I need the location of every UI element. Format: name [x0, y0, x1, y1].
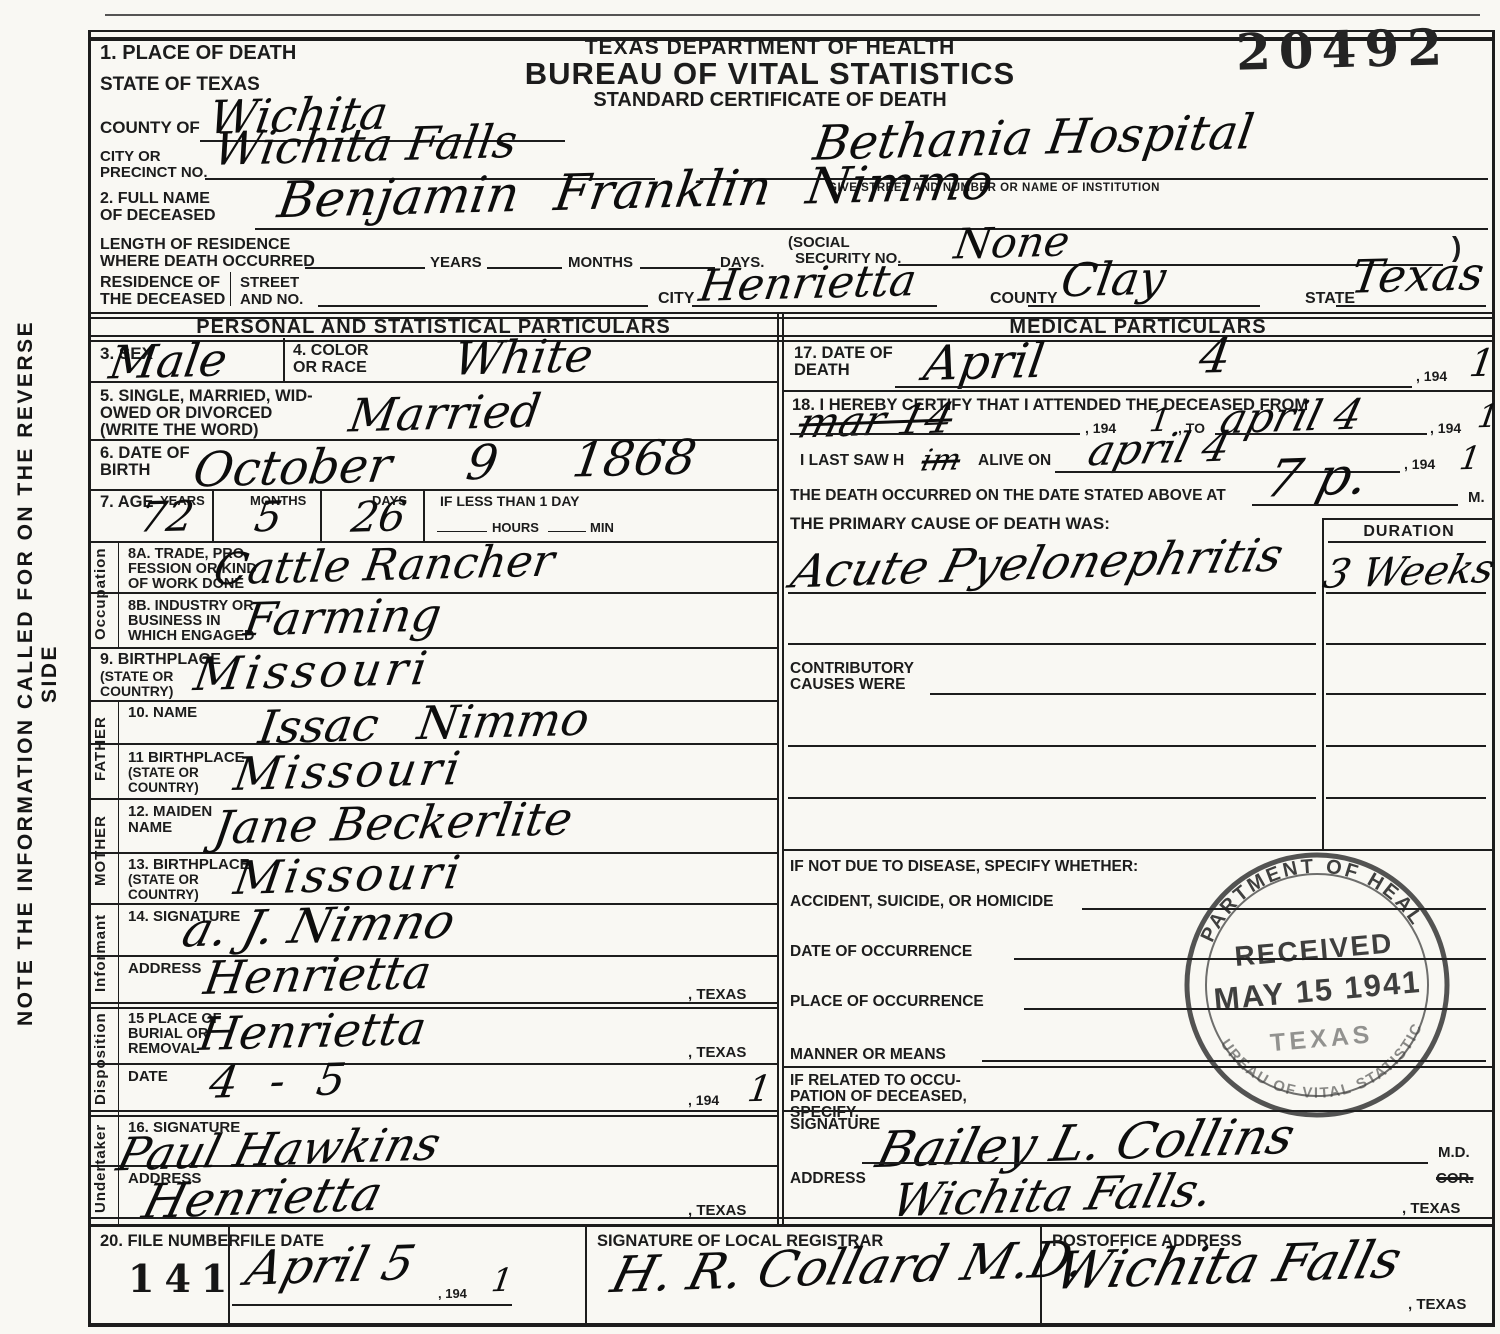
certificate-number: 20492	[1235, 17, 1450, 82]
divider	[305, 267, 425, 269]
divider	[88, 312, 1495, 314]
informant-address-value: Henrietta	[201, 949, 434, 1001]
death-time-value: 7 p.	[1261, 450, 1374, 505]
accident-suicide-label: ACCIDENT, SUICIDE, OR HOMICIDE	[790, 893, 1054, 911]
burial-label: REMOVAL	[128, 1041, 199, 1058]
texas-suffix: , TEXAS	[688, 1044, 746, 1062]
mother-side-label: MOTHER	[92, 798, 116, 903]
last-saw-him-strike: im	[918, 445, 964, 476]
divider	[437, 531, 487, 532]
divider	[782, 390, 1492, 392]
year-digit: 1	[1458, 442, 1483, 475]
burial-date-value: 4 - 5	[206, 1058, 348, 1106]
divider	[1492, 30, 1495, 1327]
county-value: Clay	[1058, 255, 1169, 304]
burial-date-label: DATE	[128, 1068, 168, 1086]
divider	[255, 228, 1488, 230]
file-number-label: 20. FILE NUMBER	[100, 1232, 240, 1251]
dob-label: BIRTH	[100, 461, 150, 480]
divider	[1322, 518, 1492, 520]
received-stamp: DEPARTMENT OF HEALTH BUREAU OF VITAL STA…	[1160, 828, 1474, 1142]
contributory-label: CAUSES WERE	[790, 676, 905, 694]
year-prefix: , 194	[1416, 368, 1447, 385]
maiden-name-value: Jane Beckerlite	[211, 795, 576, 850]
alive-on-label: ALIVE ON	[978, 452, 1051, 470]
divider	[318, 305, 648, 307]
divider	[862, 1162, 1428, 1164]
divider	[88, 1224, 1495, 1227]
primary-cause-value: Acute Pyelonephritis	[787, 532, 1288, 595]
place-of-death-label: 1. PLACE OF DEATH	[100, 42, 296, 66]
father-side-label: FATHER	[92, 700, 116, 798]
death-occurred-label: THE DEATH OCCURRED ON THE DATE STATED AB…	[790, 487, 1226, 505]
cor-strike-label: COR.	[1436, 1170, 1474, 1188]
divider	[585, 1224, 587, 1323]
informant-side-label: Informant	[92, 903, 116, 1003]
year-digit: 1	[1476, 400, 1500, 433]
texas-suffix: , TEXAS	[688, 986, 746, 1004]
disposition-side-label: Disposition	[92, 1007, 116, 1111]
state-value: Texas	[1348, 250, 1487, 299]
divider	[487, 267, 562, 269]
divider	[88, 1007, 779, 1009]
physician-signature-label: SIGNATURE	[790, 1116, 880, 1134]
occupation-side-label: Occupation	[92, 541, 116, 647]
divider	[548, 531, 586, 532]
divider	[118, 700, 119, 903]
father-name-label: 10. NAME	[128, 704, 197, 722]
ssn-value: None	[952, 221, 1073, 266]
date-of-death-value: April 4	[921, 332, 1234, 388]
color-race-value: White	[451, 332, 596, 382]
divider	[788, 797, 1316, 799]
divider	[118, 541, 119, 647]
divider	[88, 1063, 779, 1065]
last-saw-label: I LAST SAW H	[800, 452, 904, 470]
divider	[1328, 541, 1486, 543]
father-birthplace-value: Missouri	[231, 745, 466, 797]
months-label: MONTHS	[568, 254, 633, 272]
registrar-signature-value: H. R. Collard M.D.	[607, 1234, 1092, 1300]
industry-value: Farming	[241, 591, 444, 642]
divider	[423, 489, 425, 541]
full-name-label: OF DECEASED	[100, 207, 216, 226]
death-certificate-scan: NOTE THE INFORMATION CALLED FOR ON THE R…	[0, 0, 1500, 1334]
file-number-value: 141	[128, 1256, 237, 1301]
residence-of-label: THE DECEASED	[100, 291, 225, 310]
year-prefix: , 194	[1430, 420, 1461, 437]
last-saw-value: april 4	[1084, 426, 1235, 473]
divider	[782, 312, 784, 1224]
mother-birthplace-value: Missouri	[231, 849, 466, 901]
date-occurrence-label: DATE OF OCCURRENCE	[790, 943, 972, 961]
divider	[788, 592, 1316, 594]
divider	[895, 386, 1412, 388]
reverse-side-note: NOTE THE INFORMATION CALLED FOR ON THE R…	[14, 288, 62, 1058]
primary-cause-label: THE PRIMARY CAUSE OF DEATH WAS:	[790, 514, 1110, 534]
texas-suffix: , TEXAS	[1408, 1296, 1466, 1314]
divider	[1326, 797, 1486, 799]
year-digit: 1	[745, 1072, 773, 1109]
street-no-label: STREET	[240, 274, 299, 292]
divider	[105, 14, 1480, 16]
divider	[790, 433, 1080, 435]
file-date-value: April 5	[241, 1239, 419, 1293]
informant-address-label: ADDRESS	[128, 960, 201, 978]
age-months-value: 5	[252, 496, 285, 539]
divider	[692, 305, 937, 307]
physician-address-value: Wichita Falls.	[888, 1167, 1218, 1224]
year-prefix: , 194	[688, 1092, 719, 1109]
marital-value: Married	[346, 388, 544, 439]
divider	[88, 30, 91, 1327]
marital-label: (WRITE THE WORD)	[100, 421, 259, 440]
dob-value: October 9 1868	[190, 433, 699, 494]
divider	[88, 1217, 1495, 1219]
birthplace-label: COUNTRY)	[100, 683, 173, 700]
father-birthplace-label: (STATE OR	[128, 765, 199, 781]
min-label: MIN	[590, 520, 614, 535]
color-race-label: OR RACE	[293, 359, 367, 378]
date-of-death-label: DEATH	[794, 361, 850, 380]
divider	[212, 489, 214, 541]
divider	[283, 338, 285, 381]
city-value: Henrietta	[696, 259, 919, 309]
year-prefix: , 194	[438, 1286, 467, 1301]
md-label: M.D.	[1438, 1144, 1470, 1162]
divider	[88, 1002, 779, 1004]
divider	[777, 312, 779, 1224]
divider	[1326, 745, 1486, 747]
manner-means-label: MANNER OR MEANS	[790, 1046, 946, 1064]
if-not-disease-label: IF NOT DUE TO DISEASE, SPECIFY WHETHER:	[790, 858, 1138, 876]
divider	[88, 335, 1495, 337]
county-of-label: COUNTY OF	[100, 118, 200, 138]
street-no-label: AND NO.	[240, 291, 303, 309]
divider	[1326, 643, 1486, 645]
year-digit: 1	[490, 1264, 515, 1297]
divider	[788, 643, 1316, 645]
divider	[788, 745, 1316, 747]
undertaker-side-label: Undertaker	[92, 1115, 116, 1221]
divider	[230, 272, 231, 306]
stamp-received-text: RECEIVED	[1233, 927, 1394, 972]
postoffice-address-value: Wichita Falls	[1050, 1234, 1407, 1298]
stamp-date-text: MAY 15 1941	[1212, 964, 1422, 1017]
divider	[1028, 305, 1260, 307]
divider	[88, 1110, 779, 1112]
mother-birthplace-label: (STATE OR	[128, 872, 199, 888]
attended-from-value: mar 14	[794, 397, 958, 444]
birthplace-value: Missouri	[191, 645, 434, 697]
divider	[1215, 433, 1427, 435]
year-prefix: , 194	[1404, 456, 1435, 473]
age-years-value: 72	[137, 495, 197, 538]
age-days-value: 26	[349, 495, 409, 538]
city-precinct-value: Wichita Falls	[211, 118, 520, 172]
divider	[1326, 693, 1486, 695]
hours-label: HOURS	[492, 520, 539, 535]
divider	[1322, 518, 1324, 849]
standard-title: STANDARD CERTIFICATE OF DEATH	[480, 89, 1060, 113]
place-occurrence-label: PLACE OF OCCURRENCE	[790, 993, 984, 1011]
meridiem-label: M.	[1468, 489, 1485, 507]
texas-suffix: , TEXAS	[1402, 1200, 1460, 1218]
stamp-state-text: TEXAS	[1269, 1020, 1374, 1057]
burial-place-value: Henrietta	[196, 1005, 429, 1057]
years-label: YEARS	[430, 254, 482, 272]
divider	[88, 1323, 1495, 1327]
father-birthplace-label: COUNTRY)	[128, 780, 199, 796]
divider	[232, 1304, 512, 1306]
residence-length-label: WHERE DEATH OCCURRED	[100, 253, 315, 272]
city-label: CITY	[658, 290, 694, 309]
divider	[1326, 592, 1486, 594]
bureau-title: BUREAU OF VITAL STATISTICS	[480, 56, 1060, 93]
sex-value: Male	[106, 336, 230, 385]
divider	[1336, 305, 1486, 307]
city-precinct-label: PRECINCT NO.	[100, 164, 208, 182]
physician-address-label: ADDRESS	[790, 1170, 866, 1188]
industry-label: WHICH ENGAGED	[128, 628, 254, 645]
trade-value: Cattle Rancher	[211, 540, 557, 593]
divider	[930, 693, 1316, 695]
duration-value: 3 Weeks	[1319, 549, 1499, 595]
maiden-name-label: NAME	[128, 819, 172, 837]
duration-label: DURATION	[1330, 523, 1488, 542]
less-than-day-label: IF LESS THAN 1 DAY	[440, 493, 580, 510]
divider	[1252, 504, 1458, 506]
divider	[320, 489, 322, 541]
mother-birthplace-label: COUNTRY)	[128, 887, 199, 903]
